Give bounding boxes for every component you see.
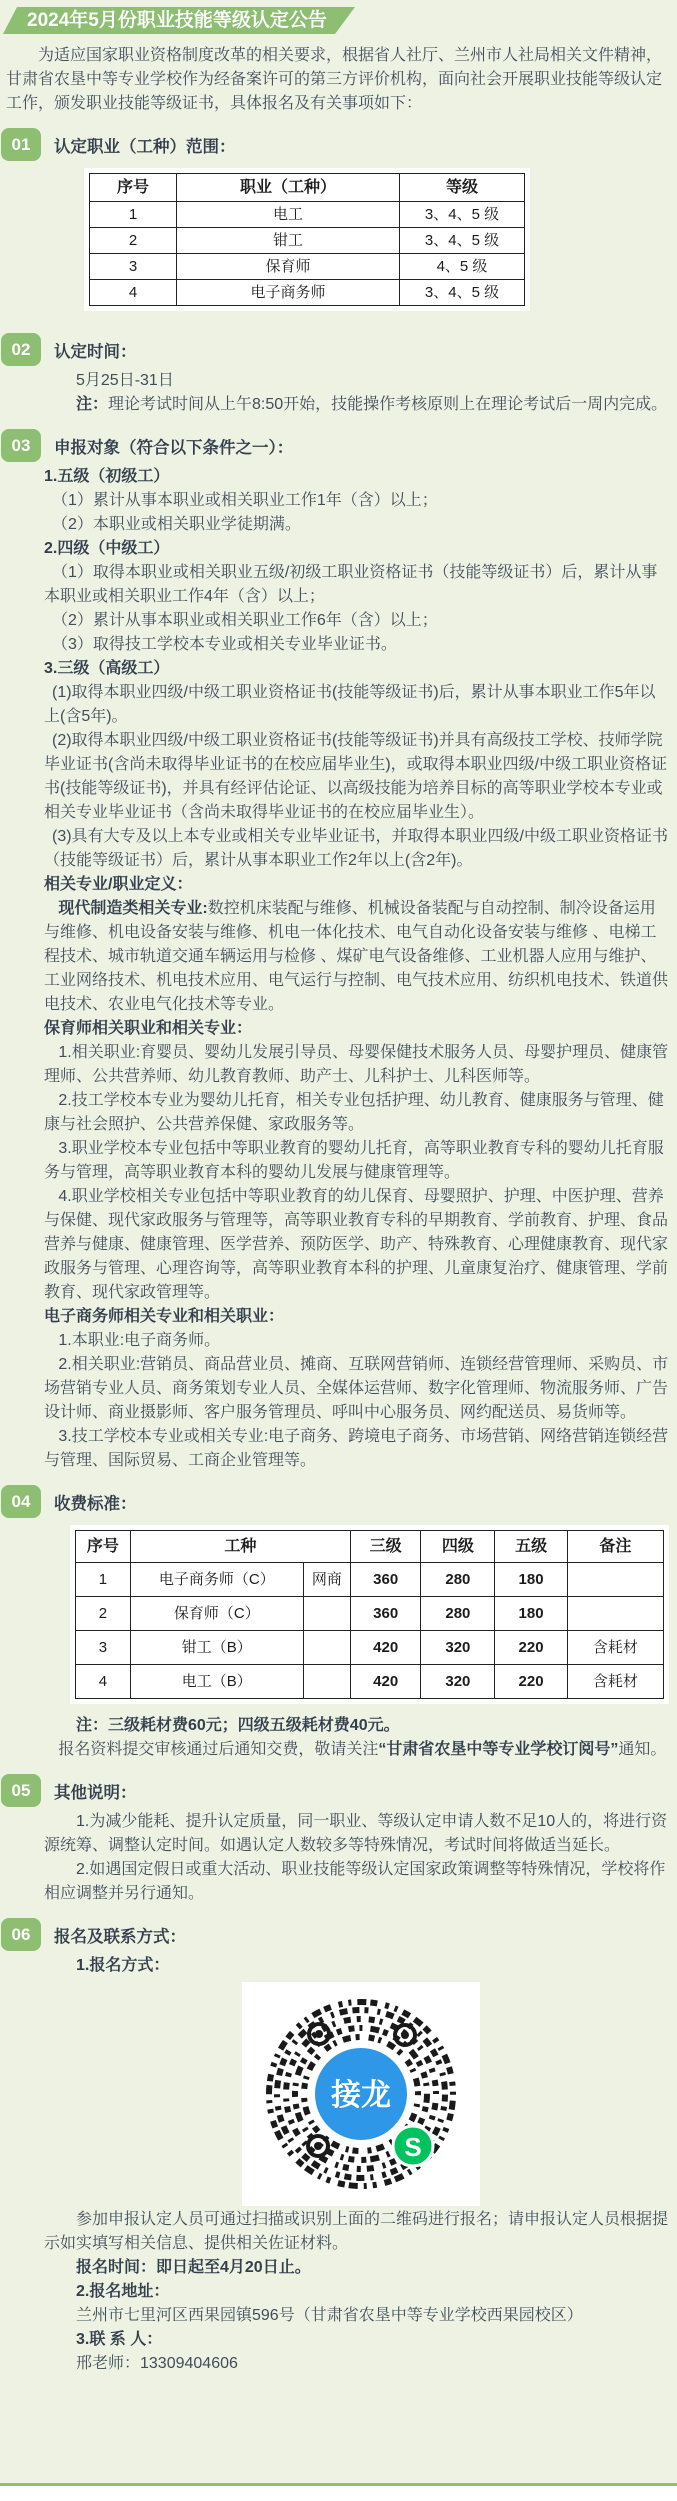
level4-subheading: 2.四级（中级工）	[44, 537, 669, 561]
fees-table-cell: 4	[76, 1665, 131, 1699]
fees-table-header: 序号	[76, 1531, 131, 1563]
section-04-header: 04 收费标准：	[0, 1485, 677, 1518]
condition-item: （1）取得本职业或相关职业五级/初级工职业资格证书（技能等级证书）后，累计从事本…	[44, 561, 669, 609]
section-02-badge: 02	[1, 333, 41, 366]
definition-item: 4.职业学校相关专业包括中等职业教育的幼儿保育、母婴照护、护理、中医护理、营养与…	[44, 1185, 669, 1305]
definition-item: 3.职业学校本专业包括中等职业教育的婴幼儿托育，高等职业教育专科的婴幼儿托育服务…	[44, 1137, 669, 1185]
certification-date: 5月25日-31日	[44, 369, 669, 393]
jobs-table-cell: 3、4、5 级	[400, 280, 525, 306]
fees-table-cell: 网商	[303, 1563, 350, 1597]
fees-table-cell	[303, 1631, 350, 1665]
registration-qr-code[interactable]: 接龙 S	[242, 1982, 480, 2206]
definition-item: 1.相关职业:育婴员、婴幼儿发展引导员、母婴保健技术服务人员、母婴护理员、健康管…	[44, 1041, 669, 1089]
fees-table-cell: 320	[421, 1665, 495, 1699]
section-02-body: 5月25日-31日 注：理论考试时间从上午8:50开始，技能操作考核原则上在理论…	[44, 369, 669, 417]
fees-table-cell: 360	[351, 1597, 421, 1631]
fees-table-cell: 420	[351, 1631, 421, 1665]
table-header-row: 序号 职业（工种） 等级	[90, 174, 525, 202]
condition-item: （3）取得技工学校本专业或相关专业毕业证书。	[44, 633, 669, 657]
section-04-body: 序号 工种 三级 四级 五级 备注 1 电子商务师（C） 网商 360 280 …	[44, 1521, 669, 1762]
fees-table-cell: 280	[421, 1563, 495, 1597]
scan-instruction: 参加申报认定人员可通过扫描或识别上面的二维码进行报名；请申报认定人员根据提示如实…	[44, 2208, 669, 2256]
section-01-badge: 01	[1, 128, 41, 161]
jobs-table-cell: 电工	[177, 202, 400, 228]
other-note-item: 1.为减少能耗、提升认定质量，同一职业、等级认定申请人数不足10人的，将进行资源…	[44, 1810, 669, 1858]
fees-table-cell: 220	[495, 1631, 567, 1665]
jobs-table-cell: 3、4、5 级	[400, 228, 525, 254]
section-06-body: 1.报名方式： 接龙 S	[44, 1954, 669, 2376]
condition-item: (1)取得本职业四级/中级工职业资格证书(技能等级证书)后，累计从事本职业工作5…	[44, 681, 669, 729]
fees-table-cell: 含耗材	[567, 1665, 663, 1699]
fees-table-cell: 180	[495, 1597, 567, 1631]
fees-table-cell	[303, 1597, 350, 1631]
wechat-miniprogram-glyph: S	[404, 2132, 421, 2162]
table-row: 2 钳工 3、4、5 级	[90, 228, 525, 254]
jobs-table-cell: 1	[90, 202, 177, 228]
definition-item: 3.技工学校本专业或相关专业:电子商务、跨境电子商务、市场营销、网络营销连锁经营…	[44, 1425, 669, 1473]
condition-item: (3)具有大专及以上本专业或相关专业毕业证书，并取得本职业四级/中级工职业资格证…	[44, 825, 669, 873]
section-01-header: 01 认定职业（工种）范围：	[0, 128, 677, 161]
table-row: 4 电子商务师 3、4、5 级	[90, 280, 525, 306]
section-05-title: 其他说明：	[54, 1779, 137, 1803]
table-row: 4 电工（B） 420 320 220 含耗材	[76, 1665, 664, 1699]
payment-note-pre: 报名资料提交审核通过后通知交费，敬请关注	[58, 1741, 378, 1758]
table-row: 2 保育师（C） 360 280 180	[76, 1597, 664, 1631]
fees-table-cell: 含耗材	[567, 1631, 663, 1665]
fees-table-cell: 3	[76, 1631, 131, 1665]
section-02-title: 认定时间：	[54, 338, 137, 362]
jobs-table-header: 序号	[90, 174, 177, 202]
payment-note-post: 通知。	[618, 1741, 666, 1758]
jobs-table-header: 等级	[400, 174, 525, 202]
table-row: 1 电工 3、4、5 级	[90, 202, 525, 228]
fees-table-cell	[303, 1665, 350, 1699]
page-title-banner: 2024年5月份职业技能等级认定公告	[3, 7, 355, 34]
level5-subheading: 1.五级（初级工）	[44, 465, 669, 489]
qr-center-label: 接龙	[331, 2079, 391, 2112]
jobs-table-cell: 4、5 级	[400, 254, 525, 280]
jobs-table-cell: 钳工	[177, 228, 400, 254]
condition-item: （2）累计从事本职业或相关职业工作6年（含）以上；	[44, 609, 669, 633]
jobs-table-cell: 2	[90, 228, 177, 254]
qr-code-image: 接龙 S	[261, 1994, 461, 2194]
fees-table-cell: 420	[351, 1665, 421, 1699]
jobs-table-cell: 3	[90, 254, 177, 280]
manufacturing-majors: 现代制造类相关专业:数控机床装配与维修、机械设备装配与自动控制、制冷设备运用与维…	[44, 897, 669, 1017]
definition-item: 1.本职业:电子商务师。	[44, 1329, 669, 1353]
jobs-table-cell: 3、4、5 级	[400, 202, 525, 228]
section-05-badge: 05	[1, 1774, 41, 1807]
jobs-table: 序号 职业（工种） 等级 1 电工 3、4、5 级 2 钳工 3、4、5 级 3…	[89, 173, 525, 306]
fees-table-cell: 电子商务师（C）	[130, 1563, 303, 1597]
exam-time-note: 注：理论考试时间从上午8:50开始，技能操作考核原则上在理论考试后一周内完成。	[44, 393, 669, 417]
fees-table-cell	[567, 1597, 663, 1631]
fees-table-cell: 280	[421, 1597, 495, 1631]
childcare-subheading: 保育师相关职业和相关专业：	[44, 1017, 669, 1041]
fees-table-header: 工种	[130, 1531, 350, 1563]
section-04-badge: 04	[1, 1485, 41, 1518]
note-label: 注：	[76, 396, 108, 413]
contact-info: 邢老师：13309404606	[44, 2352, 669, 2376]
subscription-account-name: “甘肃省农垦中等专业学校订阅号”	[378, 1741, 618, 1758]
section-06-header: 06 报名及联系方式：	[0, 1918, 677, 1951]
condition-item: （1）累计从事本职业或相关职业工作1年（含）以上；	[44, 489, 669, 513]
announcement-page: 2024年5月份职业技能等级认定公告 为适应国家职业资格制度改革的相关要求，根据…	[0, 0, 677, 2486]
other-note-item: 2.如遇国定假日或重大活动、职业技能等级认定国家政策调整等特殊情况，学校将作相应…	[44, 1858, 669, 1906]
payment-note: 报名资料提交审核通过后通知交费，敬请关注“甘肃省农垦中等专业学校订阅号”通知。	[44, 1738, 669, 1762]
section-04-title: 收费标准：	[54, 1490, 137, 1514]
table-row: 3 保育师 4、5 级	[90, 254, 525, 280]
registration-method-subheading: 1.报名方式：	[44, 1954, 669, 1978]
fees-table-cell: 360	[351, 1563, 421, 1597]
page-title: 2024年5月份职业技能等级认定公告	[27, 10, 327, 31]
jobs-table-cell: 4	[90, 280, 177, 306]
section-03-body: 1.五级（初级工） （1）累计从事本职业或相关职业工作1年（含）以上； （2）本…	[44, 465, 669, 1473]
fees-table-cell: 电工（B）	[130, 1665, 303, 1699]
fees-table-cell: 2	[76, 1597, 131, 1631]
fees-table-wrap: 序号 工种 三级 四级 五级 备注 1 电子商务师（C） 网商 360 280 …	[70, 1525, 669, 1704]
section-05-header: 05 其他说明：	[0, 1774, 677, 1807]
contact-subheading: 3.联 系 人：	[44, 2328, 669, 2352]
fees-table-header: 五级	[495, 1531, 567, 1563]
fees-table-cell: 180	[495, 1563, 567, 1597]
registration-address-subheading: 2.报名地址：	[44, 2280, 669, 2304]
registration-deadline: 报名时间：即日起至4月20日止。	[44, 2256, 669, 2280]
table-row: 1 电子商务师（C） 网商 360 280 180	[76, 1563, 664, 1597]
section-03-title: 申报对象（符合以下条件之一）：	[54, 434, 293, 458]
registration-address: 兰州市七里河区西果园镇596号（甘肃省农垦中等专业学校西果园校区）	[44, 2304, 669, 2328]
section-03-header: 03 申报对象（符合以下条件之一）：	[0, 429, 677, 462]
jobs-table-header: 职业（工种）	[177, 174, 400, 202]
jobs-table-wrap: 序号 职业（工种） 等级 1 电工 3、4、5 级 2 钳工 3、4、5 级 3…	[84, 168, 530, 311]
fees-table-cell: 220	[495, 1665, 567, 1699]
section-05-body: 1.为减少能耗、提升认定质量，同一职业、等级认定申请人数不足10人的，将进行资源…	[44, 1810, 669, 1906]
level3-subheading: 3.三级（高级工）	[44, 657, 669, 681]
fees-table-cell: 钳工（B）	[130, 1631, 303, 1665]
section-01-body: 序号 职业（工种） 等级 1 电工 3、4、5 级 2 钳工 3、4、5 级 3…	[44, 164, 669, 321]
fees-table-cell: 1	[76, 1563, 131, 1597]
jobs-table-cell: 电子商务师	[177, 280, 400, 306]
fees-table-cell	[567, 1563, 663, 1597]
section-03-badge: 03	[1, 429, 41, 462]
condition-item: (2)取得本职业四级/中级工职业资格证书(技能等级证书)并具有高级技工学校、技师…	[44, 729, 669, 825]
materials-fee-note: 注：三级耗材费60元；四级五级耗材费40元。	[44, 1714, 669, 1738]
definitions-subheading: 相关专业/职业定义：	[44, 873, 669, 897]
note-text: 理论考试时间从上午8:50开始，技能操作考核原则上在理论考试后一周内完成。	[108, 396, 667, 413]
definition-item: 2.技工学校本专业为婴幼儿托育，相关专业包括护理、幼儿教育、健康服务与管理、健康…	[44, 1089, 669, 1137]
section-01-title: 认定职业（工种）范围：	[54, 133, 236, 157]
ecommerce-subheading: 电子商务师相关专业和相关职业：	[44, 1305, 669, 1329]
majors-label: 现代制造类相关专业:	[58, 900, 207, 917]
section-02-header: 02 认定时间：	[0, 333, 677, 366]
section-06-badge: 06	[1, 1918, 41, 1951]
fees-table-cell: 320	[421, 1631, 495, 1665]
fees-table: 序号 工种 三级 四级 五级 备注 1 电子商务师（C） 网商 360 280 …	[75, 1530, 664, 1699]
intro-paragraph: 为适应国家职业资格制度改革的相关要求，根据省人社厅、兰州市人社局相关文件精神，甘…	[6, 44, 671, 116]
section-06-title: 报名及联系方式：	[54, 1923, 186, 1947]
condition-item: （2）本职业或相关职业学徒期满。	[44, 513, 669, 537]
table-header-row: 序号 工种 三级 四级 五级 备注	[76, 1531, 664, 1563]
fees-table-header: 四级	[421, 1531, 495, 1563]
fees-table-cell: 保育师（C）	[130, 1597, 303, 1631]
table-row: 3 钳工（B） 420 320 220 含耗材	[76, 1631, 664, 1665]
fees-table-header: 备注	[567, 1531, 663, 1563]
jobs-table-cell: 保育师	[177, 254, 400, 280]
fees-table-header: 三级	[351, 1531, 421, 1563]
definition-item: 2.相关职业:营销员、商品营业员、摊商、互联网营销师、连锁经营管理师、采购员、市…	[44, 1353, 669, 1425]
